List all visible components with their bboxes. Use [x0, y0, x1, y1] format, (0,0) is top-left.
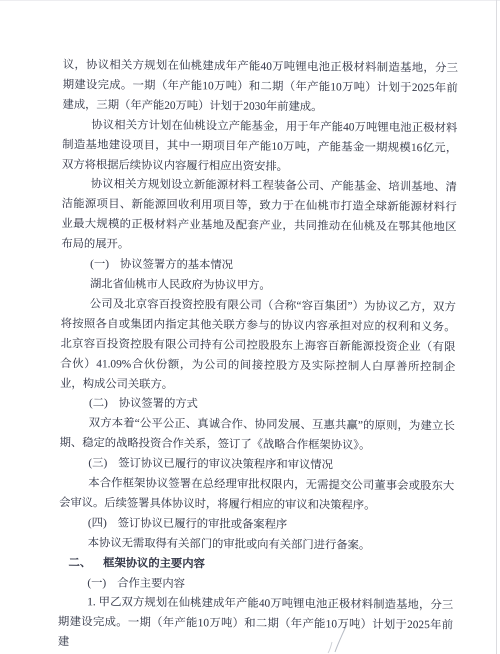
subsection-number: (一) — [90, 258, 109, 270]
document-page: 议，协议相关方规划在仙桃建成年产能40万吨锂电池正极材料制造基地，分三期建设完成… — [0, 0, 500, 654]
subsection-number: (一) — [87, 577, 106, 589]
subsection-title: 协议签署方的基本情况 — [120, 259, 233, 272]
paragraph: 公司及北京容百投资控股有限公司（合称“容百集团”）为协议乙方，双方将按照各自或集… — [60, 295, 456, 398]
paragraph: 协议相关方规划设立新能源材料工程装备公司、产能基金、培训基地、清洁能源项目、新能… — [61, 175, 457, 258]
subsection-number: (三) — [88, 457, 107, 469]
scan-artifact-mark — [322, 622, 356, 654]
paragraph: 本合作框架协议签署在总经理审批权限内，无需提交公司董事会或股东大会审议。后续签署… — [59, 474, 454, 517]
subsection-title: 签订协议已履行的审议决策程序和审议情况 — [118, 458, 333, 472]
main-section-title: 框架协议的主要内容 — [103, 557, 205, 570]
paragraph-continuation: 议，协议相关方规划在仙桃建成年产能40万吨锂电池正极材料制造基地，分三期建设完成… — [62, 56, 458, 119]
subsection-title: 签订协议已履行的审批或备案程序 — [118, 517, 288, 530]
paragraph: 双方本着“公平公正、真诚合作、协同发展、互惠共赢”的原则，为建立长期、稳定的战略… — [60, 414, 455, 457]
subsection-number: (二) — [89, 398, 108, 410]
subsection-title: 合作主要内容 — [117, 577, 185, 590]
page-top-edge — [0, 0, 500, 1]
paragraph: 1. 甲乙双方规划在仙桃建成年产能40万吨锂电池正极材料制造基地，分三期建设完成… — [58, 593, 454, 654]
paragraph: 协议相关方计划在仙桃设立产能基金，用于年产能40万吨锂电池正极材料制造基地建设项… — [62, 116, 458, 179]
subsection-number: (四) — [88, 517, 107, 529]
document-body: 议，协议相关方规划在仙桃建成年产能40万吨锂电池正极材料制造基地，分三期建设完成… — [58, 56, 458, 654]
page-right-edge — [496, 0, 497, 654]
main-section-number: 二、 — [69, 557, 92, 569]
subsection-title: 协议签署的方式 — [119, 398, 198, 411]
